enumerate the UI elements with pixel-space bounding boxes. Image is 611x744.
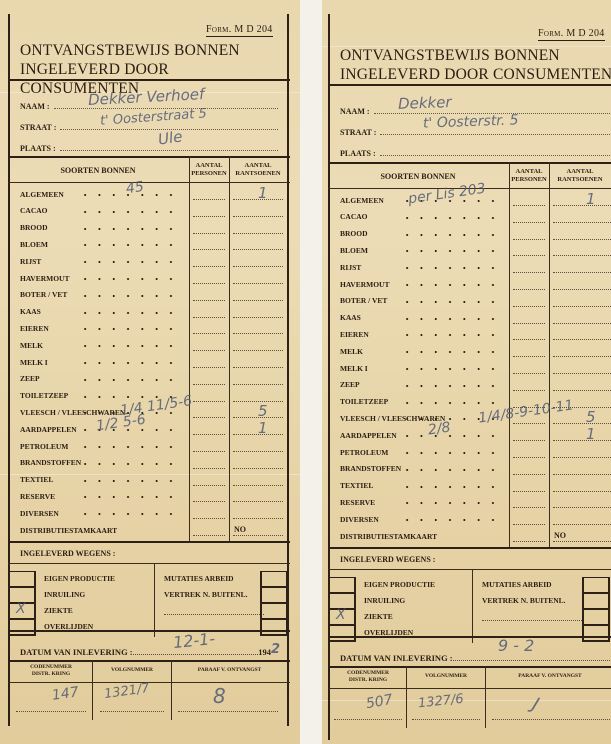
personen-cell[interactable] [513, 288, 545, 290]
divider [328, 84, 611, 86]
personen-cell[interactable] [513, 204, 545, 206]
rantsoenen-cell[interactable] [233, 316, 283, 318]
coupon-type-label: MELK [340, 347, 363, 356]
rantsoenen-cell[interactable] [553, 221, 611, 223]
straat-handwriting: t' Oosterstr. 5 [423, 112, 519, 131]
divider [8, 541, 290, 543]
personen-cell[interactable] [513, 271, 545, 273]
leader-dots [400, 469, 500, 471]
personen-cell[interactable] [193, 416, 225, 418]
receipt-form-right: Form. M D 204 ONTVANGSTBEWIJS BONNEN ING… [322, 0, 611, 744]
rantsoenen-cell[interactable] [553, 355, 611, 357]
personen-cell[interactable] [513, 355, 545, 357]
col-divider [229, 156, 230, 541]
rantsoenen-no-label: NO [554, 531, 566, 540]
reason-checkbox[interactable] [582, 577, 610, 594]
col-header-codenummer: CODENUMMERDISTR. KRING [10, 664, 92, 678]
rantsoenen-cell[interactable] [553, 456, 611, 458]
coupon-type-label: RESERVE [20, 492, 55, 501]
rantsoenen-cell[interactable] [553, 322, 611, 324]
naam-handwriting: Dekker [398, 93, 452, 113]
divider [328, 688, 611, 689]
rantsoenen-value: 1 [586, 425, 596, 443]
personen-cell[interactable] [193, 349, 225, 351]
personen-cell[interactable] [193, 282, 225, 284]
rantsoenen-no-label: NO [234, 525, 246, 534]
reason-checkbox[interactable] [260, 571, 288, 588]
divider [8, 660, 290, 662]
personen-cell[interactable] [513, 238, 545, 240]
personen-cell[interactable] [513, 422, 545, 424]
leader-dots [400, 385, 500, 387]
rantsoenen-cell[interactable] [553, 288, 611, 290]
reason-option-label: INRUILING [364, 596, 405, 605]
rantsoenen-cell[interactable] [553, 271, 611, 273]
leader-dots [78, 480, 178, 482]
personen-cell[interactable] [193, 400, 225, 402]
divider [328, 666, 611, 668]
datum-field[interactable]: DATUM VAN INLEVERING : 194 2 [340, 648, 611, 663]
reason-checkbox[interactable] [328, 625, 356, 642]
paraaf-line [178, 710, 278, 712]
reason-checkbox[interactable] [582, 609, 610, 626]
rantsoenen-cell[interactable] [233, 500, 283, 502]
rantsoenen-value: 5 [586, 408, 596, 426]
reason-option-label: MUTATIES ARBEID [164, 574, 234, 583]
title-line-1: ONTVANGSTBEWIJS BONNEN [20, 41, 290, 60]
divider [328, 569, 611, 570]
reason-checkbox[interactable] [328, 577, 356, 594]
rantsoenen-cell[interactable] [553, 473, 611, 475]
divider [328, 547, 611, 549]
personen-cell[interactable] [513, 305, 545, 307]
rantsoenen-cell[interactable] [553, 439, 611, 441]
personen-cell[interactable] [193, 383, 225, 385]
col-header-personen: AANTALPERSONEN [190, 162, 228, 178]
coupon-type-label: RESERVE [340, 498, 375, 507]
rantsoenen-cell[interactable] [553, 372, 611, 374]
col-divider [92, 660, 93, 720]
table-row: DISTRIBUTIESTAMKAART [20, 522, 190, 538]
col-header-rantsoenen: AANTALRANTSOENEN [230, 162, 286, 178]
coupon-type-label: KAAS [340, 313, 361, 322]
rantsoenen-cell[interactable] [553, 389, 611, 391]
rantsoenen-cell[interactable] [553, 506, 611, 508]
rantsoenen-value: 1 [586, 190, 596, 208]
col-header-personen: AANTALPERSONEN [510, 168, 548, 184]
coupon-type-label: EIEREN [20, 324, 49, 333]
reason-option-label: INRUILING [44, 590, 85, 599]
coupon-type-label: MELK [20, 341, 43, 350]
coupon-type-label: MELK I [20, 358, 48, 367]
personen-cell[interactable] [513, 372, 545, 374]
rantsoenen-cell[interactable] [233, 332, 283, 334]
coupon-type-label: CACAO [340, 212, 368, 221]
personen-cell[interactable] [513, 322, 545, 324]
rantsoenen-cell[interactable] [553, 540, 611, 542]
personen-cell[interactable] [513, 439, 545, 441]
coupon-type-label: BOTER / VET [20, 290, 67, 299]
datum-handwriting: 9 - 2 [498, 636, 534, 655]
leader-dots [78, 446, 178, 448]
coupon-type-label: AARDAPPELEN [20, 425, 77, 434]
rantsoenen-cell[interactable] [553, 305, 611, 307]
personen-cell[interactable] [193, 265, 225, 267]
coupon-type-label: TOILETZEEP [340, 397, 388, 406]
rantsoenen-cell[interactable] [553, 204, 611, 206]
col-header-paraaf: PARAAF V. ONTVANGST [486, 673, 611, 680]
coupon-type-label: BRANDSTOFFEN [20, 458, 81, 467]
form-number: Form. M D 204 [538, 28, 605, 41]
leader-dots [78, 379, 178, 381]
form-body: Form. M D 204 ONTVANGSTBEWIJS BONNEN ING… [328, 14, 611, 740]
checkmark-icon: X [16, 601, 26, 617]
coupon-type-label: AARDAPPELEN [340, 431, 397, 440]
header-divider [8, 182, 290, 183]
plaats-field[interactable]: PLAATS : [340, 144, 611, 158]
personen-cell[interactable] [193, 500, 225, 502]
receipt-form-left: Form. M D 204 ONTVANGSTBEWIJS BONNEN ING… [0, 0, 300, 744]
coupon-type-label: TOILETZEEP [20, 391, 68, 400]
rantsoenen-cell[interactable] [553, 422, 611, 424]
leader-dots [78, 295, 178, 297]
coupon-type-label: HAVERMOUT [340, 280, 389, 289]
leader-dots [400, 334, 500, 336]
codenummer-value: 147 [51, 684, 80, 704]
personen-cell[interactable] [193, 534, 225, 536]
reason-checkbox[interactable] [260, 603, 288, 620]
rantsoenen-cell[interactable] [553, 338, 611, 340]
leader-dots [78, 328, 178, 330]
codenummer-value: 507 [365, 692, 394, 712]
divider [8, 79, 290, 81]
personen-cell[interactable] [193, 248, 225, 250]
coupon-type-label: BRANDSTOFFEN [340, 464, 401, 473]
leader-dots [78, 228, 178, 230]
reason-option-label: VERTREK N. BUITENL. [482, 596, 566, 605]
col-header-volgnummer: VOLGNUMMER [94, 667, 170, 674]
rantsoenen-cell[interactable] [233, 366, 283, 368]
leader-dots [78, 278, 178, 280]
leader-dots [400, 351, 500, 353]
rantsoenen-cell[interactable] [233, 265, 283, 267]
personen-cell[interactable] [193, 450, 225, 452]
reason-blank-line[interactable] [164, 613, 264, 615]
coupon-type-label: BROOD [340, 229, 368, 238]
personen-cell[interactable] [193, 316, 225, 318]
col-header-soorten: SOORTEN BONNEN [8, 166, 188, 175]
divider [328, 636, 611, 638]
personen-cell[interactable] [513, 254, 545, 256]
paraaf-value: J [530, 694, 542, 716]
rantsoenen-cell[interactable] [233, 517, 283, 519]
leader-dots [400, 368, 500, 370]
table-row: DISTRIBUTIESTAMKAART [340, 528, 510, 544]
coupon-type-label: BLOEM [340, 246, 368, 255]
rantsoenen-cell[interactable] [233, 450, 283, 452]
plaats-handwriting: Ule [157, 127, 184, 148]
leader-dots [78, 312, 178, 314]
rantsoenen-cell[interactable] [233, 383, 283, 385]
rantsoenen-cell[interactable] [233, 534, 283, 536]
coupon-type-label: ALGEMEEN [20, 190, 64, 199]
leader-dots [78, 244, 178, 246]
leader-dots [400, 452, 500, 454]
personen-cell[interactable] [193, 484, 225, 486]
col-header-paraaf: PARAAF V. ONTVANGST [172, 667, 287, 674]
divider [8, 156, 290, 158]
personen-cell[interactable] [193, 467, 225, 469]
title-line-2: INGELEVERD DOOR CONSUMENTEN [340, 65, 611, 84]
checkmark-icon: X [336, 607, 346, 623]
reason-option-label: ZIEKTE [44, 606, 73, 615]
reason-checkbox[interactable] [260, 619, 288, 636]
personen-cell[interactable] [513, 473, 545, 475]
reasons-heading: INGELEVERD WEGENS : [20, 549, 115, 558]
volgnummer-value: 1327/6 [417, 692, 464, 712]
volgnummer-line [100, 710, 164, 712]
leader-dots [400, 502, 500, 504]
leader-dots [400, 402, 500, 404]
personen-cell[interactable] [513, 490, 545, 492]
leader-dots [400, 267, 500, 269]
reason-checkbox[interactable] [8, 619, 36, 636]
rantsoenen-cell[interactable] [553, 254, 611, 256]
reason-blank-line[interactable] [482, 619, 582, 621]
datum-field[interactable]: DATUM VAN INLEVERING : 194 2 [20, 642, 280, 657]
coupon-type-label: EIEREN [340, 330, 369, 339]
col-divider [549, 162, 550, 547]
plaats-field[interactable]: PLAATS : [20, 139, 278, 153]
coupon-type-label: ZEEP [340, 380, 360, 389]
reasons-divider [472, 569, 473, 643]
reason-option-label: EIGEN PRODUCTIE [364, 580, 435, 589]
rantsoenen-cell[interactable] [233, 349, 283, 351]
reason-checkbox[interactable] [582, 625, 610, 642]
leader-dots [400, 234, 500, 236]
leader-dots [400, 284, 500, 286]
coupon-type-label: ALGEMEEN [340, 196, 384, 205]
scan-gap [300, 0, 322, 744]
reason-option-label: EIGEN PRODUCTIE [44, 574, 115, 583]
divider [8, 563, 290, 564]
personen-cell[interactable] [513, 540, 545, 542]
col-divider [406, 666, 407, 728]
rantsoenen-cell[interactable] [233, 484, 283, 486]
rantsoenen-cell[interactable] [233, 299, 283, 301]
leader-dots [78, 345, 178, 347]
personen-cell[interactable] [193, 215, 225, 217]
col-header-soorten: SOORTEN BONNEN [328, 172, 508, 181]
coupon-type-label: BLOEM [20, 240, 48, 249]
rantsoenen-cell[interactable] [553, 523, 611, 525]
coupon-type-label: BOTER / VET [340, 296, 387, 305]
divider [8, 630, 290, 632]
coupon-type-label: ZEEP [20, 374, 40, 383]
coupon-type-label: CACAO [20, 206, 48, 215]
leader-dots [78, 261, 178, 263]
reasons-heading: INGELEVERD WEGENS : [340, 555, 435, 564]
rantsoenen-value: 5 [258, 402, 268, 420]
reason-option-label: VERTREK N. BUITENL. [164, 590, 248, 599]
coupon-type-label: RIJST [20, 257, 41, 266]
codenummer-line [334, 718, 402, 720]
reason-checkbox[interactable] [582, 593, 610, 610]
reason-option-label: MUTATIES ARBEID [482, 580, 552, 589]
volgnummer-value: 1321/7 [103, 681, 150, 702]
coupon-type-label: DISTRIBUTIESTAMKAART [20, 526, 117, 535]
personen-cell[interactable] [193, 299, 225, 301]
reason-checkbox[interactable] [8, 571, 36, 588]
reasons-divider [154, 563, 155, 637]
coupon-handwriting: 2/8 [427, 420, 452, 439]
personen-cell[interactable] [193, 366, 225, 368]
form-body: Form. M D 204 ONTVANGSTBEWIJS BONNEN ING… [8, 14, 290, 726]
title-line-1: ONTVANGSTBEWIJS BONNEN [340, 46, 611, 65]
personen-cell[interactable] [193, 198, 225, 200]
reason-option-label: ZIEKTE [364, 612, 393, 621]
personen-cell[interactable] [513, 338, 545, 340]
leader-dots [400, 318, 500, 320]
leader-dots [78, 211, 178, 213]
personen-cell[interactable] [193, 332, 225, 334]
col-header-codenummer: CODENUMMERDISTR. KRING [330, 670, 406, 684]
coupon-type-label: TEXTIEL [20, 475, 53, 484]
coupon-type-label: DIVERSEN [20, 509, 59, 518]
coupon-type-label: MELK I [340, 364, 368, 373]
leader-dots [400, 519, 500, 521]
divider [328, 162, 611, 164]
col-divider [171, 660, 172, 720]
rantsoenen-cell[interactable] [233, 467, 283, 469]
leader-dots [78, 463, 178, 465]
coupon-type-label: PETROLEUM [340, 448, 388, 457]
codenummer-line [16, 710, 86, 712]
leader-dots [78, 496, 178, 498]
personen-cell[interactable] [513, 221, 545, 223]
personen-cell[interactable] [193, 433, 225, 435]
rantsoenen-cell[interactable] [233, 282, 283, 284]
coupon-type-label: HAVERMOUT [20, 274, 69, 283]
reason-checkbox[interactable] [260, 587, 288, 604]
paraaf-line [492, 718, 611, 720]
personen-cell[interactable] [513, 506, 545, 508]
rantsoenen-cell[interactable] [233, 232, 283, 234]
coupon-type-label: DISTRIBUTIESTAMKAART [340, 532, 437, 541]
rantsoenen-value: 1 [258, 184, 268, 202]
coupon-type-label: RIJST [340, 263, 361, 272]
col-divider [485, 666, 486, 728]
coupon-type-label: PETROLEUM [20, 442, 68, 451]
personen-cell[interactable] [193, 232, 225, 234]
personen-cell[interactable] [513, 389, 545, 391]
coupon-type-label: KAAS [20, 307, 41, 316]
paraaf-value: 8 [213, 684, 226, 708]
volgnummer-line [412, 718, 480, 720]
personen-cell[interactable] [193, 517, 225, 519]
coupon-handwriting: 45 [125, 179, 145, 197]
form-title: ONTVANGSTBEWIJS BONNEN INGELEVERD DOOR C… [340, 46, 611, 84]
leader-dots [78, 513, 178, 515]
coupon-type-label: DIVERSEN [340, 515, 379, 524]
rantsoenen-cell[interactable] [233, 248, 283, 250]
col-header-rantsoenen: AANTALRANTSOENEN [550, 168, 610, 184]
leader-dots [400, 301, 500, 303]
personen-cell[interactable] [513, 523, 545, 525]
rantsoenen-cell[interactable] [233, 215, 283, 217]
leader-dots [400, 250, 500, 252]
col-header-volgnummer: VOLGNUMMER [408, 673, 484, 680]
form-number: Form. M D 204 [206, 24, 273, 37]
leader-dots [400, 486, 500, 488]
rantsoenen-cell[interactable] [553, 238, 611, 240]
rantsoenen-cell[interactable] [233, 400, 283, 402]
coupon-type-label: BROOD [20, 223, 48, 232]
personen-cell[interactable] [513, 456, 545, 458]
leader-dots [400, 217, 500, 219]
coupon-type-label: TEXTIEL [340, 481, 373, 490]
rantsoenen-cell[interactable] [553, 490, 611, 492]
leader-dots [78, 362, 178, 364]
rantsoenen-value: 1 [258, 419, 268, 437]
